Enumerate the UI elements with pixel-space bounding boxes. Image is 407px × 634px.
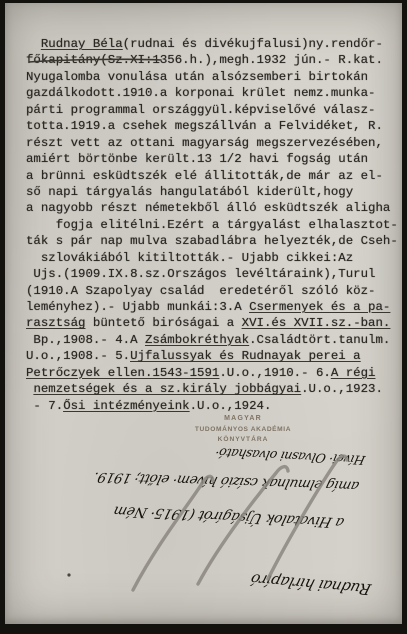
typed-text: büntető biróságai a	[86, 316, 242, 330]
typed-text: részt vett az ottani magyarság megszerve…	[26, 136, 383, 150]
typed-text: párti programmal országgyül.képviselővé …	[26, 103, 375, 117]
typed-line: a brünni esküdtszék elé állitották,de má…	[26, 168, 396, 184]
underlined-text: rasztság	[26, 316, 86, 330]
typed-text: Bp.,1908.- 4.A	[26, 333, 145, 347]
typed-text-block: Rudnay Béla(rudnai és divékujfalusi)ny.r…	[26, 36, 396, 414]
library-stamp: MAGYAR TUDOMÁNYOS AKADÉMIA KÖNYVTÁRA	[163, 415, 323, 443]
typed-line: Petrőczyek ellen.1543-1591.U.o.,1910.- 6…	[26, 365, 396, 381]
typed-text: - 7.	[26, 399, 63, 413]
typed-text: szlovákiából kitiltották.- Ujabb cikkei:…	[26, 251, 353, 265]
underlined-text: Ujfalussyak és Rudnayak perei a	[130, 349, 361, 363]
typed-line: nemzetségek és a sz.király jobbágyai.U.o…	[26, 381, 396, 397]
typed-line: totta.1919.a csehek megszállván a Felvid…	[26, 118, 396, 134]
handwritten-note-line-2: amíg elmulnak csízió hívem· előtt; 1919.	[17, 466, 361, 494]
typed-line: amiért börtönbe került.13 1/2 havi fogsá…	[26, 151, 396, 167]
typed-line: U.o.,1908.- 5.Ujfalussyak és Rudnayak pe…	[26, 348, 396, 364]
typed-text: .U.o.,1924.	[190, 399, 272, 413]
underlined-text: Rudnay Béla	[41, 37, 123, 51]
underlined-text: XVI.és XVII.sz.-ban.	[242, 316, 391, 330]
pencil-stroke	[133, 476, 213, 590]
typed-text: a brünni esküdtszék elé állitották,de má…	[26, 169, 383, 183]
typed-text: totta.1919.a csehek megszállván a Felvid…	[26, 119, 383, 133]
typed-text: Ujs.(1909.IX.8.sz.Országos levéltáraink)…	[26, 267, 375, 281]
typed-text: a nagyobb részt németekből álló esküdtsz…	[26, 201, 390, 215]
typed-text: főkapitány(Sz.XI:1356.h.),megh.1932 jún.…	[26, 53, 383, 67]
typed-line: fogja elitélni.Ezért a tárgyalást elhala…	[26, 217, 396, 233]
typed-line: (1910.A Szapolyay család eredetéről szól…	[26, 283, 396, 299]
typed-text	[26, 37, 41, 51]
typed-line: Rudnay Béla(rudnai és divékujfalusi)ny.r…	[26, 36, 396, 52]
typed-text: (rudnai és divékujfalusi)ny.rendőr-	[123, 37, 383, 51]
underlined-text: Csermenyek és a pa-	[249, 300, 390, 314]
underlined-text: A régi	[331, 366, 376, 380]
typed-text: U.o.,1908.- 5.	[26, 349, 130, 363]
typed-text: fogja elitélni.Ezért a tárgyalást elhala…	[26, 218, 398, 232]
underlined-text: Ősi intézményeink	[63, 399, 189, 413]
scanned-card-page: { "document": { "kind": "typewritten bio…	[0, 0, 407, 634]
typed-text: amiért börtönbe került.13 1/2 havi fogsá…	[26, 152, 368, 166]
stamp-line: MAGYAR	[163, 415, 323, 422]
typed-line: Ujs.(1909.IX.8.sz.Országos levéltáraink)…	[26, 266, 396, 282]
typed-line: leményhez).- Ujabb munkái:3.A Csermenyek…	[26, 299, 396, 315]
typed-line: Nyugalomba vonulása után alsózsemberi bi…	[26, 69, 396, 85]
underlined-text: Zsámbokréthyak	[145, 333, 249, 347]
typed-line: - 7.Ősi intézményeink.U.o.,1924.	[26, 398, 396, 414]
typed-line: szlovákiából kitiltották.- Ujabb cikkei:…	[26, 250, 396, 266]
typed-line: főkapitány(Sz.XI:1356.h.),megh.1932 jún.…	[26, 52, 396, 68]
typed-text: .U.o.,1923.	[301, 382, 383, 396]
handwritten-signature: Rudnai hírlapíró	[221, 568, 373, 599]
typed-line: a nagyobb részt németekből álló esküdtsz…	[26, 200, 396, 216]
typed-text: .Családtört.tanulm.	[249, 333, 390, 347]
typed-line: párti programmal országgyül.képviselővé …	[26, 102, 396, 118]
ink-dot	[67, 573, 70, 576]
typed-line: Bp.,1908.- 4.A Zsámbokréthyak.Családtört…	[26, 332, 396, 348]
typed-text: gazdálkodott.1910.a korponai krület nemz…	[26, 86, 375, 100]
catalog-card: Rudnay Béla(rudnai és divékujfalusi)ny.r…	[5, 3, 402, 624]
typed-line: rasztság büntető biróságai a XVI.és XVII…	[26, 315, 396, 331]
typed-line: részt vett az ottani magyarság megszerve…	[26, 135, 396, 151]
handwritten-note-line-1: Hívei· Olvasni olvasható·	[135, 441, 366, 468]
handwritten-note-line-3: a Hivatalok Újságírót (1915· Ném	[17, 498, 346, 531]
stamp-line: KÖNYVTÁRA	[163, 436, 323, 443]
typed-line: ták s pár nap mulva szabadlábra helyezté…	[26, 233, 396, 249]
typed-line: ső napi tárgyalás hangulatából kiderült,…	[26, 184, 396, 200]
underlined-text: nemzetségek és a sz.király jobbágyai	[33, 382, 301, 396]
typed-line: gazdálkodott.1910.a korponai krület nemz…	[26, 85, 396, 101]
stamp-line: TUDOMÁNYOS AKADÉMIA	[163, 426, 323, 433]
typed-text: .U.o.,1910.- 6.	[219, 366, 331, 380]
typed-text: ták s pár nap mulva szabadlábra helyezté…	[26, 234, 398, 248]
typed-text: leményhez).- Ujabb munkái:3.A	[26, 300, 249, 314]
typed-text: (1910.A Szapolyay család eredetéről szól…	[26, 284, 375, 298]
typed-text: ső napi tárgyalás hangulatából kiderült,…	[26, 185, 353, 199]
underlined-text: Petrőczyek ellen.1543-1591	[26, 366, 219, 380]
typed-text: Nyugalomba vonulása után alsózsemberi bi…	[26, 70, 368, 84]
